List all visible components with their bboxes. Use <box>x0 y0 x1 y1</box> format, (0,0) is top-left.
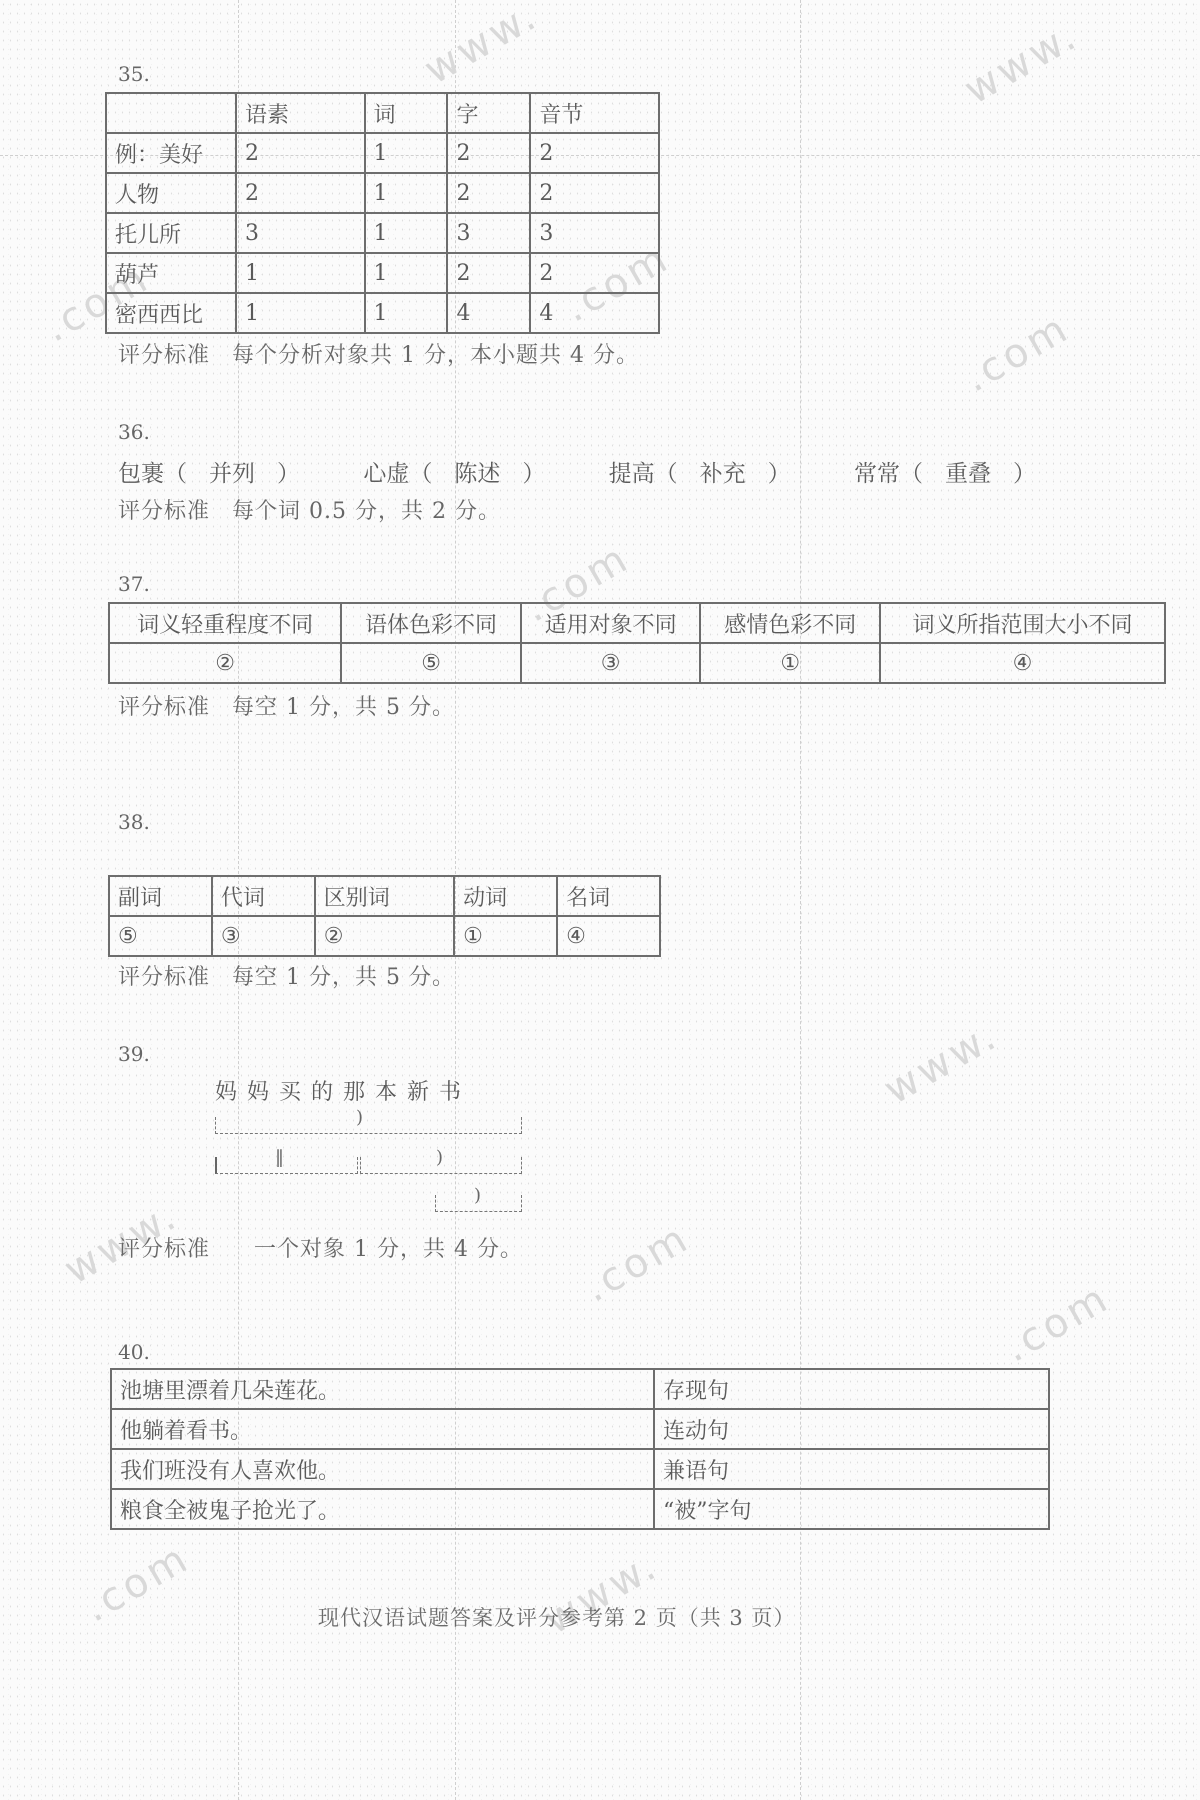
header-cell: 词 <box>365 93 448 133</box>
header-cell: 副词 <box>109 876 212 916</box>
word: 心虚 <box>363 461 409 487</box>
watermark: www. <box>877 1012 1007 1113</box>
watermark: .com <box>76 1535 198 1632</box>
scoring-criteria: 评分标准每个词 0.5 分，共 2 分。 <box>118 494 501 525</box>
table-row: 人物 2 1 2 2 <box>106 173 659 213</box>
table-header-row: 语素 词 字 音节 <box>106 93 659 133</box>
question-number: 39. <box>118 1042 150 1066</box>
answer-cell: ④ <box>557 916 660 956</box>
answer-cell: ① <box>700 643 880 683</box>
table-cell: 1 <box>365 173 448 213</box>
answer-cell: ③ <box>212 916 315 956</box>
question-number: 35. <box>118 62 150 86</box>
header-cell: 代词 <box>212 876 315 916</box>
table-cell: 1 <box>236 293 365 333</box>
question-number: 36. <box>118 420 150 444</box>
sentence-type-cell: 兼语句 <box>654 1449 1049 1489</box>
header-cell: 词义轻重程度不同 <box>109 603 341 643</box>
scoring-text: 一个对象 1 分，共 4 分。 <box>254 1237 523 1262</box>
sentence-cell: 粮食全被鬼子抢光了。 <box>111 1489 654 1529</box>
table-row: ② ⑤ ③ ① ④ <box>109 643 1165 683</box>
scoring-text: 每空 1 分，共 5 分。 <box>232 695 455 720</box>
watermark: .com <box>576 1215 698 1312</box>
answer: 并列 <box>209 461 255 487</box>
header-cell: 语体色彩不同 <box>341 603 521 643</box>
table-cell: 葫芦 <box>106 253 236 293</box>
header-cell: 语素 <box>236 93 365 133</box>
watermark: www. <box>957 12 1087 113</box>
header-cell: 字 <box>447 93 530 133</box>
table-cell: 2 <box>447 253 530 293</box>
bracket-line: ‖ <box>215 1157 358 1174</box>
fold-line <box>800 0 801 1800</box>
table-row: 他躺着看书。 连动句 <box>111 1409 1049 1449</box>
table-cell: 2 <box>530 253 659 293</box>
bracket-line: ) <box>215 1117 522 1134</box>
header-cell: 感情色彩不同 <box>700 603 880 643</box>
scoring-label: 评分标准 <box>118 499 210 524</box>
header-cell: 名词 <box>557 876 660 916</box>
header-cell <box>106 93 236 133</box>
table-header-row: 词义轻重程度不同 语体色彩不同 适用对象不同 感情色彩不同 词义所指范围大小不同 <box>109 603 1165 643</box>
header-cell: 区别词 <box>315 876 454 916</box>
sentence-cell: 池塘里漂着几朵莲花。 <box>111 1369 654 1409</box>
table-cell: 3 <box>530 213 659 253</box>
word: 常常 <box>854 461 900 487</box>
sentence-cell: 他躺着看书。 <box>111 1409 654 1449</box>
answer-cell: ⑤ <box>341 643 521 683</box>
sentence-cell: 我们班没有人喜欢他。 <box>111 1449 654 1489</box>
table-row: ⑤ ③ ② ① ④ <box>109 916 660 956</box>
q36-item: 提高（补充） <box>609 455 791 488</box>
sentence-type-cell: 连动句 <box>654 1409 1049 1449</box>
answer: 补充 <box>700 461 746 487</box>
scoring-label: 评分标准 <box>118 965 210 990</box>
answer-cell: ③ <box>521 643 701 683</box>
answer-cell: ② <box>315 916 454 956</box>
bracket-line: ) <box>360 1157 522 1174</box>
table-cell: 4 <box>530 293 659 333</box>
table-row: 例：美好 2 1 2 2 <box>106 133 659 173</box>
scoring-text: 每个词 0.5 分，共 2 分。 <box>232 499 501 524</box>
watermark: www. <box>417 0 547 94</box>
table-row: 粮食全被鬼子抢光了。 “被”字句 <box>111 1489 1049 1529</box>
question-number: 37. <box>118 572 150 596</box>
table-cell: 2 <box>236 173 365 213</box>
table-cell: 3 <box>236 213 365 253</box>
constituent-diagram: 妈妈买的那本新书 ) ‖ ) ) <box>215 1075 525 1225</box>
answer: 重叠 <box>945 461 991 487</box>
table-cell: 1 <box>236 253 365 293</box>
table-cell: 1 <box>365 133 448 173</box>
scoring-criteria: 评分标准每空 1 分，共 5 分。 <box>118 690 455 721</box>
table-cell: 托儿所 <box>106 213 236 253</box>
table-header-row: 副词 代词 区别词 动词 名词 <box>109 876 660 916</box>
q40-table: 池塘里漂着几朵莲花。 存现句 他躺着看书。 连动句 我们班没有人喜欢他。 兼语句… <box>110 1368 1050 1530</box>
header-cell: 音节 <box>530 93 659 133</box>
watermark: .com <box>996 1275 1118 1372</box>
sentence-type-cell: 存现句 <box>654 1369 1049 1409</box>
table-cell: 2 <box>530 133 659 173</box>
scoring-criteria: 评分标准每空 1 分，共 5 分。 <box>118 960 455 991</box>
answer-cell: ② <box>109 643 341 683</box>
table-row: 我们班没有人喜欢他。 兼语句 <box>111 1449 1049 1489</box>
header-cell: 适用对象不同 <box>521 603 701 643</box>
table-cell: 1 <box>365 213 448 253</box>
q36-item: 包裹（并列） <box>118 455 300 488</box>
word: 提高 <box>609 461 655 487</box>
scoring-criteria: 评分标准一个对象 1 分，共 4 分。 <box>118 1232 523 1263</box>
answer: 陈述 <box>454 461 500 487</box>
q35-table: 语素 词 字 音节 例：美好 2 1 2 2 人物 2 1 2 2 托儿所 3 … <box>105 92 660 334</box>
question-number: 38. <box>118 810 150 834</box>
q36-item: 常常（重叠） <box>854 455 1036 488</box>
table-row: 托儿所 3 1 3 3 <box>106 213 659 253</box>
bracket-line: ) <box>435 1195 522 1212</box>
sentence-type-cell: “被”字句 <box>654 1489 1049 1529</box>
table-cell: 3 <box>447 213 530 253</box>
q37-table: 词义轻重程度不同 语体色彩不同 适用对象不同 感情色彩不同 词义所指范围大小不同… <box>108 602 1166 684</box>
header-cell: 词义所指范围大小不同 <box>880 603 1165 643</box>
diagram-sentence: 妈妈买的那本新书 <box>215 1075 525 1106</box>
answer-cell: ④ <box>880 643 1165 683</box>
table-cell: 例：美好 <box>106 133 236 173</box>
answer-cell: ① <box>454 916 557 956</box>
scoring-label: 评分标准 <box>118 1237 210 1262</box>
watermark: .com <box>956 305 1078 402</box>
q36-item: 心虚（陈述） <box>363 455 545 488</box>
table-cell: 1 <box>365 253 448 293</box>
table-cell: 2 <box>447 133 530 173</box>
table-cell: 1 <box>365 293 448 333</box>
question-number: 40. <box>118 1340 150 1364</box>
table-row: 密西西比 1 1 4 4 <box>106 293 659 333</box>
scoring-label: 评分标准 <box>118 343 210 368</box>
answer-cell: ⑤ <box>109 916 212 956</box>
table-row: 池塘里漂着几朵莲花。 存现句 <box>111 1369 1049 1409</box>
word: 包裹 <box>118 461 164 487</box>
q38-table: 副词 代词 区别词 动词 名词 ⑤ ③ ② ① ④ <box>108 875 661 957</box>
table-cell: 2 <box>530 173 659 213</box>
scoring-text: 每个分析对象共 1 分，本小题共 4 分。 <box>232 343 639 368</box>
table-row: 葫芦 1 1 2 2 <box>106 253 659 293</box>
scoring-text: 每空 1 分，共 5 分。 <box>232 965 455 990</box>
q36-answers: 包裹（并列） 心虚（陈述） 提高（补充） 常常（重叠） <box>118 455 1092 488</box>
page-footer: 现代汉语试题答案及评分参考第 2 页（共 3 页） <box>318 1602 795 1632</box>
table-cell: 密西西比 <box>106 293 236 333</box>
table-cell: 2 <box>447 173 530 213</box>
table-cell: 人物 <box>106 173 236 213</box>
table-cell: 4 <box>447 293 530 333</box>
header-cell: 动词 <box>454 876 557 916</box>
table-cell: 2 <box>236 133 365 173</box>
scoring-label: 评分标准 <box>118 695 210 720</box>
scoring-criteria: 评分标准每个分析对象共 1 分，本小题共 4 分。 <box>118 338 639 369</box>
